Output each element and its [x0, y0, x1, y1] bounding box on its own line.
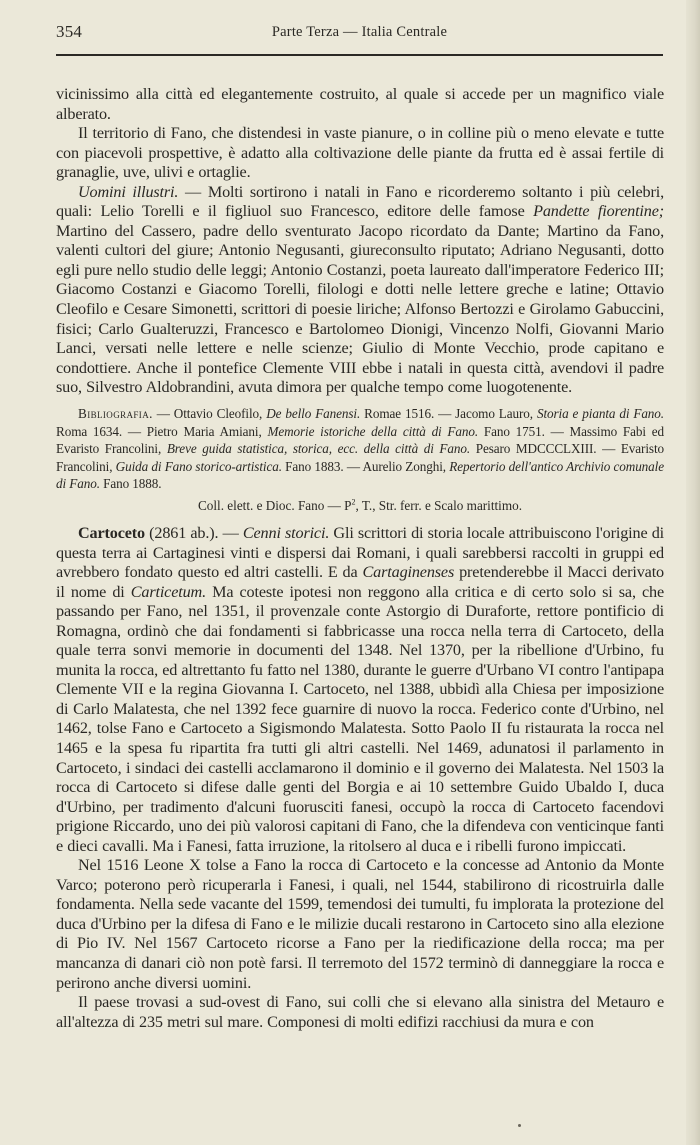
fano-description: vicinissimo alla città ed elegantemente … [56, 85, 664, 398]
text-run: Martino del Cassero, padre dello sventur… [56, 222, 664, 396]
cartoceto-paragraph-1516: Nel 1516 Leone X tolse a Fano la rocca d… [56, 856, 664, 993]
bib-author: — Jacomo Lauro, [434, 406, 537, 421]
section-heading-uomini-illustri: Uomini illustri. [78, 183, 178, 201]
population: (2861 ab.). — [145, 524, 243, 542]
paragraph-illustrious-men: Uomini illustri. — Molti sortirono i nat… [56, 183, 664, 398]
paragraph-territory: Il territorio di Fano, che distendesi in… [56, 124, 664, 183]
bib-title: Breve guida statistica, storica, ecc. de… [167, 441, 470, 456]
services-text: , T., Str. ferr. e Scalo marittimo. [355, 498, 522, 513]
bibliography-paragraph: Bibliografia. — Ottavio Cleofilo, De bel… [56, 405, 664, 493]
bib-author: — Pietro Maria Amiani, [122, 424, 267, 439]
bib-imprint: Pesaro MDCCCLXIII. [470, 441, 596, 456]
bib-title: De bello Fanensi. [266, 406, 360, 421]
page-edge-shadow [686, 0, 700, 1145]
section-heading-cenni-storici: Cenni storici. [243, 524, 329, 542]
bib-title: Storia e pianta di Fano. [537, 406, 664, 421]
bibliography: Bibliografia. — Ottavio Cleofilo, De bel… [56, 405, 664, 493]
running-head: 354 Parte Terza — Italia Centrale [56, 22, 663, 44]
header-rule [56, 54, 663, 56]
text-run: Ma coteste ipotesi non reg­gono alla cri… [56, 583, 664, 855]
bib-author: — Aurelio Zonghi, [344, 459, 450, 474]
italic-term: Carticetum. [131, 583, 206, 601]
running-title: Parte Terza — Italia Centrale [56, 24, 663, 41]
bib-imprint: Roma 1634. [56, 424, 122, 439]
entry-title-cartoceto: Cartoceto [78, 524, 145, 542]
paragraph-continuation: vicinissimo alla città ed elegantemente … [56, 85, 664, 124]
italic-title: Pandette fiorentine; [533, 202, 664, 220]
services-text: Coll. elett. e Dioc. Fano — P [198, 498, 351, 513]
bib-imprint: Fano 1888. [100, 476, 162, 491]
bib-imprint: Fano 1883. [282, 459, 344, 474]
scan-speck [518, 1124, 521, 1127]
bib-imprint: Romae 1516. [360, 406, 434, 421]
cartoceto-entry: Cartoceto (2861 ab.). — Cenni storici. G… [56, 524, 664, 1032]
bib-title: Guida di Fano storico-artistica. [116, 459, 282, 474]
services-line: Coll. elett. e Dioc. Fano — P2, T., Str.… [56, 497, 664, 514]
cartoceto-paragraph-location: Il paese trovasi a sud-ovest di Fano, su… [56, 993, 664, 1032]
italic-term: Cartaginenses [363, 563, 455, 581]
bib-author: — Ottavio Cleofilo, [153, 406, 266, 421]
cartoceto-history-paragraph: Cartoceto (2861 ab.). — Cenni storici. G… [56, 524, 664, 856]
bib-imprint: Fano 1751. [478, 424, 545, 439]
bibliography-label: Bibliografia. [78, 406, 153, 421]
bib-title: Memorie istoriche della città di Fano. [267, 424, 478, 439]
